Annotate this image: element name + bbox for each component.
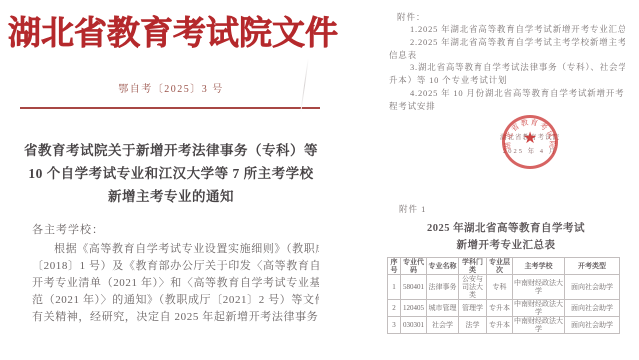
table-cell: 公安与司法大类: [459, 275, 487, 300]
attachment-item-continuation: 程考试安排: [389, 100, 625, 113]
column-header: 开考类型: [565, 258, 620, 275]
svg-text:湖北省教育考试院: 湖北省教育考试院: [502, 116, 557, 150]
table-cell: 中南财经政法大学: [513, 317, 565, 334]
attachment-item: 3.湖北省高等教育自学考试法律事务（专科）、社会学（专: [389, 61, 625, 74]
salutation: 各主考学校：: [32, 221, 104, 237]
seal-ring-text: 湖北省教育考试院: [502, 116, 557, 150]
header-divider-rule: [20, 107, 320, 109]
annex-1-label: 附件 1: [399, 203, 426, 215]
table-row: 2 120405 城市管理 管理学 专升本 中南财经政法大学 面向社会助学: [388, 300, 620, 317]
attachments-list: 1.2025 年湖北省高等教育自学考试新增开考专业汇总表 2.2025 年湖北省…: [389, 23, 625, 113]
new-majors-summary-table: 序号 专业代码 专业名称 学科门类 专业层次 主考学校 开考类型 1 58040…: [387, 257, 620, 334]
column-header: 专业层次: [487, 258, 513, 275]
table-cell: 面向社会助学: [565, 317, 620, 334]
document-number: 鄂自考〔2025〕3 号: [8, 80, 334, 95]
table-cell: 专升本: [487, 317, 513, 334]
document-page-1: 湖北省教育考试院文件 鄂自考〔2025〕3 号 省教育考试院关于新增开考法律事务…: [8, 0, 334, 360]
attachment-item: 2.2025 年湖北省高等教育自学考试主考学校新增主考专业: [389, 36, 625, 49]
seal-star-icon: ★: [502, 131, 558, 147]
attachment-item: 1.2025 年湖北省高等教育自学考试新增开考专业汇总表: [389, 23, 625, 36]
table-cell: 1: [388, 275, 401, 300]
table-cell: 2: [388, 300, 401, 317]
document-scan: { "document": { "left_page": { "header":…: [0, 0, 639, 360]
table-cell: 城市管理: [427, 300, 459, 317]
column-header: 主考学校: [513, 258, 565, 275]
attachment-item: 4.2025 年 10 月份湖北省高等教育自学考试新增开考专业课: [389, 87, 625, 100]
body-line: 有关精神，经研究，决定自 2025 年起新增开考法律事务（专科）: [32, 309, 319, 326]
seal-underlying-date: 2025 年 4 月: [474, 146, 586, 155]
attachments-label: 附件：: [397, 11, 426, 23]
seal-underlying-text: 湖北省教育考试院: [474, 132, 586, 141]
column-header: 序号: [388, 258, 401, 275]
table-cell: 专升本: [487, 300, 513, 317]
title-line: 省教育考试院关于新增开考法律事务（专科）等: [18, 139, 324, 162]
title-line: 10 个自学考试专业和江汉大学等 7 所主考学校: [18, 162, 324, 185]
table-cell: 专科: [487, 275, 513, 300]
title-line: 新增主考专业的通知: [18, 185, 324, 208]
attachment-item-continuation: 升本）等 10 个专业考试计划: [389, 74, 625, 87]
attachment-item-continuation: 信息表: [389, 49, 625, 62]
table-row: 3 030301 社会学 法学 专升本 中南财经政法大学 面向社会助学: [388, 317, 620, 334]
body-line: 范（2021 年）〉的通知》（教职成厅〔2021〕2 号）等文件的: [32, 292, 319, 309]
document-header-title: 湖北省教育考试院文件: [8, 7, 334, 54]
table-cell: 法学: [459, 317, 487, 334]
table-cell: 中南财经政法大学: [513, 275, 565, 300]
column-header: 专业名称: [427, 258, 459, 275]
document-page-2: 附件： 1.2025 年湖北省高等教育自学考试新增开考专业汇总表 2.2025 …: [385, 0, 635, 360]
table-cell: 580401: [401, 275, 427, 300]
table-cell: 面向社会助学: [565, 275, 620, 300]
table-cell: 法律事务: [427, 275, 459, 300]
table-cell: 管理学: [459, 300, 487, 317]
column-header: 专业代码: [401, 258, 427, 275]
table-row: 1 580401 法律事务 公安与司法大类 专科 中南财经政法大学 面向社会助学: [388, 275, 620, 300]
official-seal: 湖北省教育考试院 2025 年 4 月 ★ 湖北省教育考试院: [502, 115, 558, 169]
column-header: 学科门类: [459, 258, 487, 275]
body-line: 〔2018〕1 号）及《教育部办公厅关于印发〈高等教育自学考试: [32, 258, 319, 275]
table-cell: 3: [388, 317, 401, 334]
table-cell: 120405: [401, 300, 427, 317]
body-paragraph: 根据《高等教育自学考试专业设置实施细则》（教职成厅 〔2018〕1 号）及《教育…: [32, 241, 319, 326]
table-header-row: 序号 专业代码 专业名称 学科门类 专业层次 主考学校 开考类型: [388, 258, 620, 275]
annex-table-title-line: 新增开考专业汇总表: [385, 237, 627, 254]
body-line: 开考专业清单（2021 年）〉和〈高等教育自学考试专业基本规: [32, 275, 319, 292]
table-cell: 面向社会助学: [565, 300, 620, 317]
table-cell: 中南财经政法大学: [513, 300, 565, 317]
annex-table-title: 2025 年湖北省高等教育自学考试 新增开考专业汇总表: [385, 220, 627, 254]
document-title: 省教育考试院关于新增开考法律事务（专科）等 10 个自学考试专业和江汉大学等 7…: [18, 139, 324, 208]
table-cell: 社会学: [427, 317, 459, 334]
body-line: 根据《高等教育自学考试专业设置实施细则》（教职成厅: [32, 241, 319, 258]
seal-arc-text: 湖北省教育考试院: [502, 115, 558, 169]
annex-table-title-line: 2025 年湖北省高等教育自学考试: [385, 220, 627, 237]
seal-ring: [502, 115, 558, 169]
table-cell: 030301: [401, 317, 427, 334]
